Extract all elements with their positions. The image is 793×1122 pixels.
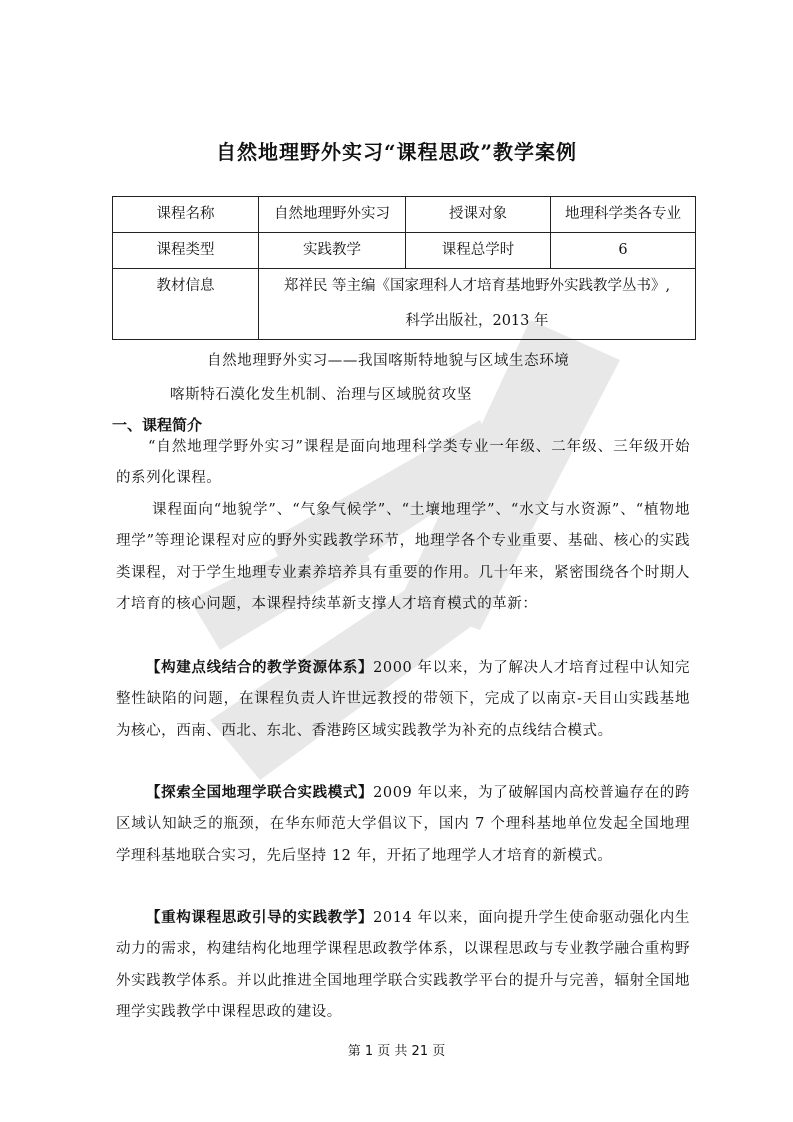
textbook-value: 郑祥民 等主编《国家理科人才培育基地野外实践教学丛书》, 科学出版社，2013 … — [259, 269, 696, 340]
total-hours-label: 课程总学时 — [406, 233, 551, 269]
course-name-label: 课程名称 — [113, 197, 259, 233]
course-type-value: 实践教学 — [259, 233, 406, 269]
paragraph: 课程面向“地貌学”、“气象气候学”、“土壤地理学”、“水文与水资源”、“植物地理… — [116, 495, 690, 621]
audience-label: 授课对象 — [406, 197, 551, 233]
textbook-line-1: 郑祥民 等主编《国家理科人才培育基地野外实践教学丛书》, — [259, 269, 695, 304]
paragraph: 【重构课程思政引导的实践教学】2014 年以来，面向提升学生使命驱动强化内生动力… — [116, 902, 690, 1029]
paragraph: 【探索全国地理学联合实践模式】2009 年以来，为了破解国内高校普遍存在的跨区域… — [116, 777, 690, 872]
course-name-value: 自然地理野外实习 — [259, 197, 406, 233]
course-info-table: 课程名称 自然地理野外实习 授课对象 地理科学类各专业 课程类型 实践教学 课程… — [112, 196, 696, 340]
paragraph-bold-heading: 【构建点线结合的教学资源体系】 — [146, 659, 373, 676]
audience-value: 地理科学类各专业 — [551, 197, 696, 233]
table-row: 课程名称 自然地理野外实习 授课对象 地理科学类各专业 — [113, 197, 696, 233]
subtitle-2: 喀斯特石漠化发生机制、治理与区域脱贫攻坚 — [170, 383, 472, 404]
page-footer: 第 1 页 共 21 页 — [0, 1040, 793, 1059]
total-hours-value: 6 — [551, 233, 696, 269]
subtitle-1: 自然地理野外实习——我国喀斯特地貌与区域生态环境 — [207, 349, 569, 370]
paragraph: 【构建点线结合的教学资源体系】2000 年以来，为了解决人才培育过程中认知完整性… — [116, 652, 690, 747]
textbook-label: 教材信息 — [113, 269, 259, 340]
paragraph: “自然地理学野外实习”课程是面向地理科学类专业一年级、二年级、三年级开始的系列化… — [116, 432, 690, 495]
course-type-label: 课程类型 — [113, 233, 259, 269]
table-row: 课程类型 实践教学 课程总学时 6 — [113, 233, 696, 269]
paragraph-bold-heading: 【探索全国地理学联合实践模式】 — [146, 784, 373, 801]
textbook-line-2: 科学出版社，2013 年 — [259, 304, 695, 339]
document-title: 自然地理野外实习“课程思政”教学案例 — [0, 136, 793, 165]
paragraph-bold-heading: 【重构课程思政引导的实践教学】 — [146, 909, 373, 926]
table-row: 教材信息 郑祥民 等主编《国家理科人才培育基地野外实践教学丛书》, 科学出版社，… — [113, 269, 696, 340]
